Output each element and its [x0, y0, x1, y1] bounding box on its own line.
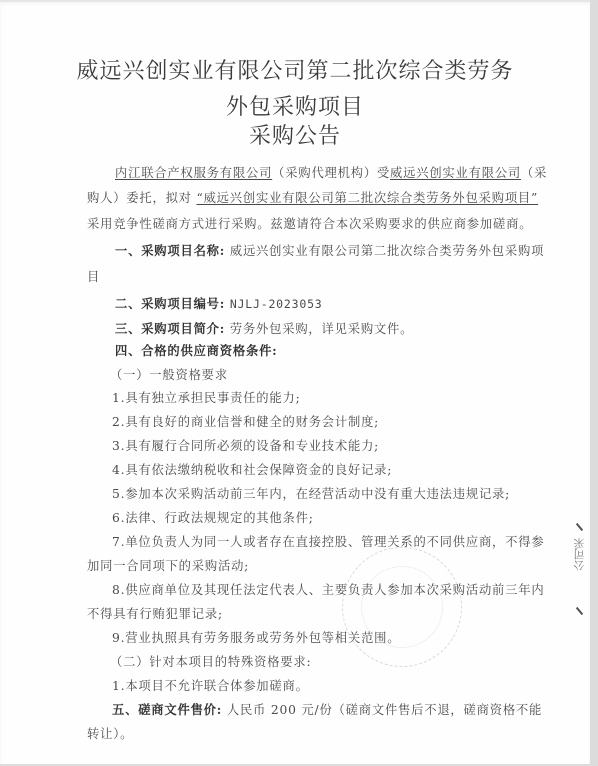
doc-title-line-3: 采购公告 [0, 119, 590, 150]
document-page: 威远兴创实业有限公司第二批次综合类劳务 外包采购项目 采购公告 内江联合产权服务… [0, 2, 590, 764]
seal-tick-icon [576, 523, 583, 531]
section-2: 二、采购项目编号: NJLJ-2023053 [115, 294, 323, 312]
requirement-item: 3.具有履行合同所必须的设备和专业技术能力; [112, 436, 379, 454]
intro-line-3: 采用竞争性磋商方式进行采购。兹邀请符合本次采购要求的供应商参加磋商。 [87, 214, 532, 232]
section-1-label: 一、采购项目名称: [115, 243, 225, 258]
section-4-label: 四、合格的供应商资格条件: [115, 341, 278, 359]
section-4-sub-2: （二）针对本项目的特殊资格要求: [110, 652, 311, 670]
intro-line-2: 购人）委托，拟对 “威远兴创实业有限公司第二批次综合类劳务外包采购项目” [87, 188, 538, 206]
section-1: 一、采购项目名称: 威远兴创实业有限公司第二批次综合类劳务外包采购项 [115, 241, 544, 259]
agent-role: （采购代理机构）受 [272, 166, 390, 180]
requirement-item-cont: 加同一合同项下的采购活动; [87, 556, 249, 574]
section-3: 三、采购项目简介: 劳务外包采购，详见采购文件。 [115, 319, 413, 337]
doc-title-line-2: 外包采购项目 [0, 90, 590, 121]
requirement-item: 1.具有独立承担民事责任的能力; [112, 388, 301, 406]
section-5-label: 五、磋商文件售价: [112, 702, 222, 717]
buyer-role-a: （采 [521, 166, 547, 180]
section-5-value-cont: 转让）。 [87, 724, 133, 742]
buyer-name: 威远兴创实业有限公司 [390, 166, 521, 180]
requirement-item: 7.单位负责人为同一人或者存在直接控股、管理关系的不同供应商，不得参 [112, 532, 544, 550]
intro-line-1: 内江联合产权服务有限公司（采购代理机构）受威远兴创实业有限公司（采 [115, 163, 547, 181]
section-5: 五、磋商文件售价: 人民币 200 元/份（磋商文件售后不退，磋商资格不能 [112, 700, 542, 718]
requirement-item: 4.具有依法缴纳税收和社会保障资金的良好记录; [112, 460, 392, 478]
section-1-value-cont: 目 [87, 267, 100, 285]
agent-name: 内江联合产权服务有限公司 [115, 166, 272, 180]
official-stamp [331, 536, 473, 678]
seal-edge-mark: 公司采 [573, 524, 587, 616]
stamp-inner-ring [353, 558, 450, 655]
section-3-label: 三、采购项目简介: [115, 321, 225, 336]
section-4-sub-1: （一）一般资格要求 [110, 365, 228, 383]
project-name-quoted: “威远兴创实业有限公司第二批次综合类劳务外包采购项目” [197, 191, 539, 205]
scan-right-border [590, 0, 598, 766]
section-2-label: 二、采购项目编号: [115, 296, 225, 311]
special-requirement-item: 1.本项目不允许联合体参加磋商。 [112, 676, 309, 694]
requirement-item: 6.法律、行政法规规定的其他条件; [112, 508, 314, 526]
seal-edge-text: 公司采 [572, 538, 588, 571]
project-number: NJLJ-2023053 [230, 297, 323, 311]
seal-tick-icon [576, 607, 583, 615]
section-5-value: 人民币 200 元/份（磋商文件售后不退，磋商资格不能 [227, 703, 542, 717]
requirement-item: 8.供应商单位及其现任法定代表人、主要负责人参加本次采购活动前三年内 [112, 580, 544, 598]
section-3-value: 劳务外包采购，详见采购文件。 [230, 322, 413, 336]
requirement-item-cont: 不得具有行贿犯罪记录; [87, 604, 223, 622]
doc-title-line-1: 威远兴创实业有限公司第二批次综合类劳务 [0, 54, 590, 85]
requirement-item: 5.参加本次采购活动前三年内，在经营活动中没有重大违法违规记录; [112, 484, 510, 502]
requirement-item: 2.具有良好的商业信誉和健全的财务会计制度; [112, 412, 379, 430]
buyer-role-b: 购人）委托，拟对 [87, 191, 192, 205]
section-1-value: 威远兴创实业有限公司第二批次综合类劳务外包采购项 [230, 244, 544, 258]
